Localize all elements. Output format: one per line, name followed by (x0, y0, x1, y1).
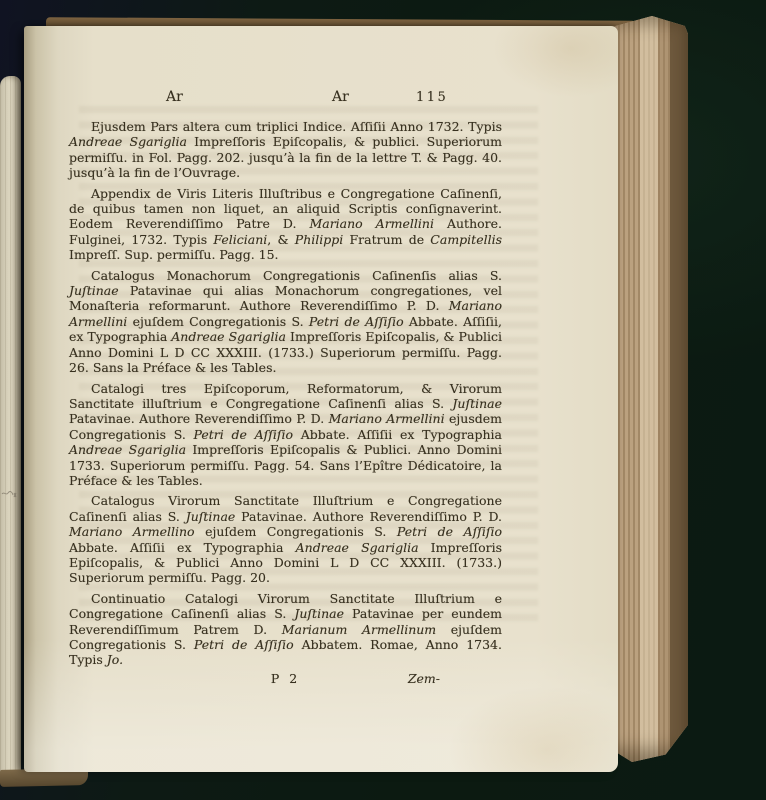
text-run: Ejusdem Pars altera cum triplici Indice.… (91, 119, 502, 134)
page-content: Ar Ar 115 Ejusdem Pars altera cum tripli… (24, 26, 618, 772)
signature-line: P 2 Zem- (69, 671, 502, 688)
italic-text-run: Juſtinae (452, 396, 502, 411)
italic-text-run: Petri de Aſſiſio (309, 314, 404, 329)
photo-background: Ar Ar 115 Ejusdem Pars altera cum tripli… (0, 0, 766, 800)
running-title-right: Ar (332, 90, 349, 105)
facing-page-edge (0, 76, 21, 782)
book-page: Ar Ar 115 Ejusdem Pars altera cum tripli… (24, 26, 618, 772)
signature-mark: P 2 (271, 671, 300, 686)
text-run: ejuſdem Congregationis S. (127, 314, 309, 329)
text-run: Abbate. Aſſiſii ex Typographia (293, 427, 502, 442)
italic-text-run: Juſtinae (186, 509, 236, 524)
text-run: Patavinae qui alias Monachorum congregat… (69, 283, 502, 313)
running-header: Ar Ar 115 (69, 90, 502, 107)
text-run: Fratrum de (343, 232, 430, 247)
italic-text-run: Mariano Armellini (329, 411, 445, 426)
italic-text-run: Juſtinae (69, 283, 119, 298)
text-run: Patavinae. Authore Reverendiſſimo P. D. (235, 509, 502, 524)
paragraph-catalogus-monachorum: Catalogus Monachorum Congregationis Caſi… (69, 268, 502, 376)
italic-text-run: Marianum Armellinum (282, 622, 436, 637)
paragraph-continuatio-catalogi: Continuatio Catalogi Virorum Sanctitate … (69, 591, 502, 668)
handwritten-marginalia (1, 488, 17, 502)
text-run: ejuſdem Congregationis S. (195, 524, 397, 539)
paragraph-catalogi-tres: Catalogi tres Epiſcoporum, Reformatorum,… (69, 381, 502, 489)
italic-text-run: Campitellis (430, 232, 502, 247)
paragraph-ejusdem-pars: Ejusdem Pars altera cum triplici Indice.… (69, 119, 502, 181)
italic-text-run: Jo. (107, 652, 123, 667)
italic-text-run: Andreae Sgariglia (69, 442, 186, 457)
text-run: , & (267, 232, 295, 247)
paragraph-catalogus-virorum: Catalogus Virorum Sanctitate Illuſtrium … (69, 493, 502, 585)
italic-text-run: Petri de Aſſiſio (194, 427, 294, 442)
text-run: Impreſſ. Sup. permiſſu. Pagg. 15. (69, 247, 279, 262)
italic-text-run: Philippi (295, 232, 343, 247)
italic-text-run: Andreae Sgariglia (69, 134, 187, 149)
italic-text-run: Mariano Armellini (309, 216, 434, 231)
italic-text-run: Feliciani (213, 232, 267, 247)
text-run: Abbate. Aſſiſii ex Typographia (69, 540, 296, 555)
italic-text-run: Petri de Aſſiſio (194, 637, 294, 652)
book-fore-edge-pages (608, 16, 688, 762)
text-run: Catalogus Monachorum Congregationis Caſi… (91, 268, 502, 283)
italic-text-run: Petri de Aſſiſio (397, 524, 502, 539)
italic-text-run: Mariano Armellino (69, 524, 195, 539)
text-run: Patavinae. Authore Reverendiſſimo P. D. (69, 411, 329, 426)
italic-text-run: Juſtinae (294, 606, 344, 621)
text-run: Catalogi tres Epiſcoporum, Reformatorum,… (69, 381, 502, 411)
italic-text-run: Andreae Sgariglia (296, 540, 419, 555)
paragraph-appendix-de-viris: Appendix de Viris Literis Illuſtribus e … (69, 186, 502, 263)
catchword: Zem- (408, 671, 440, 686)
page-number: 115 (416, 90, 448, 105)
italic-text-run: Andreae Sgariglia (171, 329, 286, 344)
running-title-left: Ar (166, 90, 183, 105)
